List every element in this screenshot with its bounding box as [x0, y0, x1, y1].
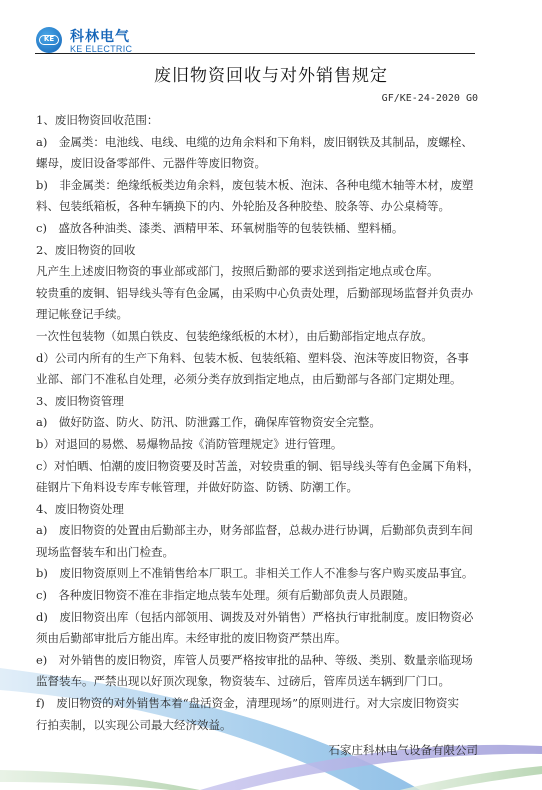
paragraph-line: 理记帐登记手续。: [36, 304, 476, 326]
paragraph-line: 螺母，废旧设备零部件、元器件等废旧物资。: [36, 153, 476, 175]
paragraph-line: c) 盛放各种油类、漆类、酒精甲苯、环氧树脂等的包装铁桶、塑料桶。: [36, 218, 476, 240]
paragraph-line: b）对退回的易燃、易爆物品按《消防管理规定》进行管理。: [36, 434, 476, 456]
paragraph-line: 现场监督装车和出门检查。: [36, 542, 476, 564]
paragraph-line: c）对怕晒、怕潮的废旧物资要及时苫盖，对较贵重的铜、铝导线头等有色金属下角料，: [36, 456, 476, 478]
paragraph-line: 凡产生上述废旧物资的事业部或部门，按照后勤部的要求送到指定地点或仓库。: [36, 261, 476, 283]
paragraph-line: f) 废旧物资的对外销售本着“盘活资金，清理现场”的原则进行。对大宗废旧物资实: [36, 693, 476, 715]
paragraph-line: c) 各种废旧物资不准在非指定地点装车处理。须有后勤部负责人员跟随。: [36, 585, 476, 607]
paragraph-line: 硅钢片下角料设专库专帐管理，并做好防盗、防锈、防潮工作。: [36, 477, 476, 499]
paragraph-line: b) 废旧物资原则上不准销售给本厂职工。非相关工作人不准参与客户购买废品事宜。: [36, 563, 476, 585]
paragraph-line: 监督装车。严禁出现以好顶次现象，物资装车、过磅后，管库员送车辆到厂门口。: [36, 671, 476, 693]
paragraph-line: a) 废旧物资的处置由后勤部主办，财务部监督，总裁办进行协调，后勤部负责到车间: [36, 520, 476, 542]
paragraph-line: 须由后勤部审批后方能出库。未经审批的废旧物资严禁出库。: [36, 628, 476, 650]
document-body: 1、废旧物资回收范围： a) 金属类：电池线、电线、电缆的边角余料和下角料，废旧…: [36, 110, 476, 736]
company-logo-icon: KE: [36, 27, 62, 53]
company-signature: 石家庄科林电气设备有限公司: [329, 742, 479, 758]
paragraph-line: d) 废旧物资出库（包括内部领用、调拨及对外销售）严格执行审批制度。废旧物资必: [36, 607, 476, 629]
paragraph-line: 行拍卖制，以实现公司最大经济效益。: [36, 715, 476, 737]
paragraph-line: 一次性包装物（如黑白铁皮、包装绝缘纸板的木材），由后勤部指定地点存放。: [36, 326, 476, 348]
brand-name-cn: 科林电气: [70, 26, 130, 46]
paragraph-line: a) 金属类：电池线、电线、电缆的边角余料和下角料，废旧钢铁及其制品，废螺栓、: [36, 132, 476, 154]
section-heading: 3、废旧物资管理: [36, 391, 476, 413]
paragraph-line: 业部、部门不准私自处理，必须分类存放到指定地点，由后勤部与各部门定期处理。: [36, 369, 476, 391]
document-title: 废旧物资回收与对外销售规定: [0, 61, 542, 86]
section-heading: 2、废旧物资的回收: [36, 240, 476, 262]
paragraph-line: 料、包装纸箱板，各种车辆换下的内、外轮胎及各种胶垫、胶条等、办公桌椅等。: [36, 196, 476, 218]
paragraph-line: a) 做好防盗、防火、防汛、防泄露工作，确保库管物资安全完整。: [36, 412, 476, 434]
document-number: GF/KE-24-2020 G0: [382, 93, 478, 104]
paragraph-line: 较贵重的废铜、铝导线头等有色金属，由采购中心负责处理，后勤部现场监督并负责办: [36, 283, 476, 305]
section-heading: 4、废旧物资处理: [36, 499, 476, 521]
paragraph-line: b) 非金属类：绝缘纸板类边角余料，废包装木板、泡沫、各种电缆木轴等木材，废塑: [36, 175, 476, 197]
company-header: KE 科林电气 KE ELECTRIC: [36, 26, 476, 56]
logo-mark: KE: [39, 35, 59, 45]
section-heading: 1、废旧物资回收范围：: [36, 110, 476, 132]
header-divider: [35, 53, 475, 54]
paragraph-line: e) 对外销售的废旧物资，库管人员要严格按审批的品种、等级、类别、数量亲临现场: [36, 650, 476, 672]
paragraph-line: d）公司内所有的生产下角料、包装木板、包装纸箱、塑料袋、泡沫等废旧物资，各事: [36, 348, 476, 370]
